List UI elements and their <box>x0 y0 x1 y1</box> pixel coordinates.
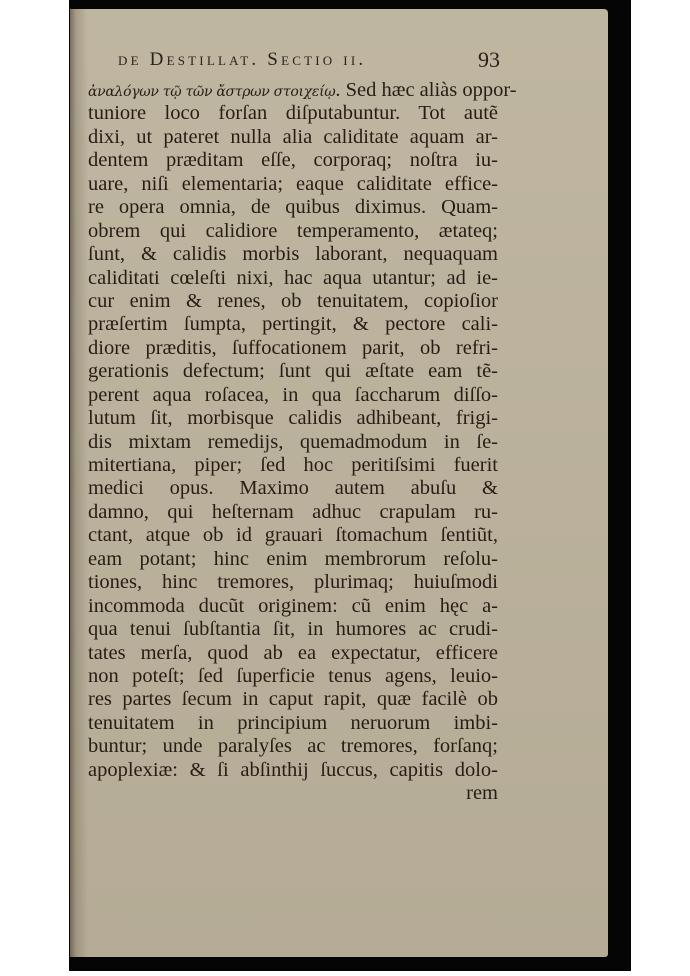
text-line: tuniore loco forſan diſputabuntur. Tot a… <box>88 102 498 125</box>
text-line: tates merſa, quod ab ea expectatur, effi… <box>88 642 498 665</box>
text-line: obrem qui calidiore temperamento, ætateq… <box>88 220 498 243</box>
body-text: ἀναλόγων τῷ τῶν ἄστρων στοιχείῳ. Sed hæc… <box>88 79 498 806</box>
text-line-content: . Sed hæc aliàs oppor- <box>335 79 516 101</box>
text-line: mitertiana, piper; ſed hoc peritiſsimi f… <box>88 454 498 477</box>
text-line: eam potant; hinc enim membrorum reſolu- <box>88 548 498 571</box>
text-line: dentem præditam eſſe, corporaq; noſtra i… <box>88 149 498 172</box>
text-line: tenuitatem in principium neruorum imbi- <box>88 712 498 735</box>
text-line: re opera omnia, de quibus diximus. Quam- <box>88 196 498 219</box>
text-line: dis mixtam remedijs, quemadmodum in ſe- <box>88 431 498 454</box>
text-line: incommoda ducũt originem: cũ enim hęc a- <box>88 595 498 618</box>
text-line: uare, niſi elementaria; eaque caliditate… <box>88 173 498 196</box>
running-head-title: de Destillat. Sectio ii. <box>118 49 366 71</box>
text-line: gerationis defectum; ſunt qui æſtate eam… <box>88 360 498 383</box>
text-line: non poteſt; ſed ſuperficie tenus agens, … <box>88 665 498 688</box>
catchword: rem <box>88 782 498 805</box>
running-head: de Destillat. Sectio ii. 93 <box>118 49 500 75</box>
text-line: ctant, atque ob id grauari ſtomachum ſen… <box>88 524 498 547</box>
page-number: 93 <box>478 47 500 73</box>
text-line: ſunt, & calidis morbis laborant, nequaqu… <box>88 243 498 266</box>
text-line: res partes ſecum in caput rapit, quæ fac… <box>88 688 498 711</box>
text-line: lutum ſit, morbisque calidis adhibeant, … <box>88 407 498 430</box>
greek-phrase: ἀναλόγων τῷ τῶν ἄστρων στοιχείῳ <box>88 84 335 100</box>
text-line: cur enim & renes, ob tenuitatem, copioſi… <box>88 290 498 313</box>
text-line: caliditati cœleſti nixi, hac aqua utantu… <box>88 267 498 290</box>
text-line: perent aqua roſacea, in qua ſaccharum di… <box>88 384 498 407</box>
text-line: ἀναλόγων τῷ τῶν ἄστρων στοιχείῳ. Sed hæc… <box>88 79 498 102</box>
text-line: diore præditis, ſuffocationem parit, ob … <box>88 337 498 360</box>
text-line: damno, qui heſternam adhuc crapulam ru- <box>88 501 498 524</box>
text-line: medici opus. Maximo autem abuſu & <box>88 477 498 500</box>
text-line: tiones, hinc tremores, plurimaq; huiuſmo… <box>88 571 498 594</box>
text-line: præſertim ſumpta, pertingit, & pectore c… <box>88 313 498 336</box>
text-line: dixi, ut pateret nulla alia caliditate a… <box>88 126 498 149</box>
text-line: apoplexiæ: & ſi abſinthij ſuccus, capiti… <box>88 759 498 782</box>
text-line: qua tenui ſubſtantia ſit, in humores ac … <box>88 618 498 641</box>
text-line: buntur; unde paralyſes ac tremores, forſ… <box>88 735 498 758</box>
